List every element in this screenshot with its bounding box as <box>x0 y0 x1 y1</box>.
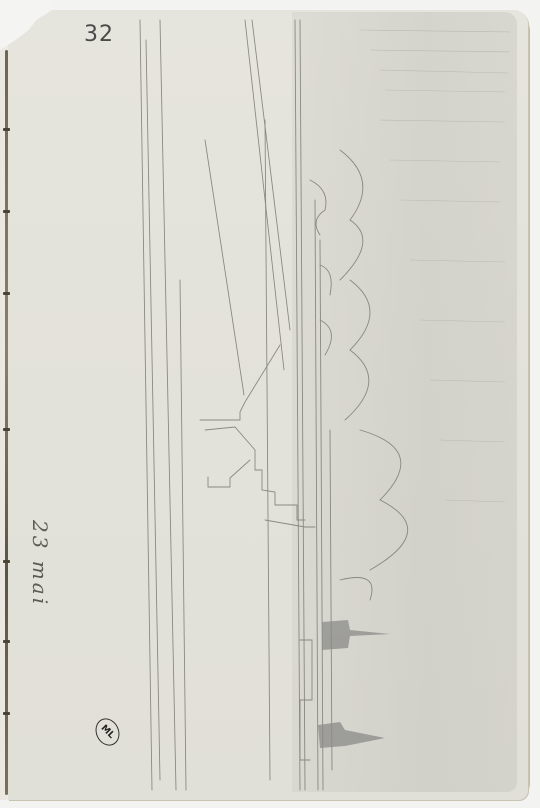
pencil-sketch-drawing <box>0 0 540 808</box>
page-number: 32 <box>84 22 114 47</box>
handwritten-date-note: 23 mai <box>28 520 52 607</box>
stamp-initials: ML <box>99 723 116 740</box>
